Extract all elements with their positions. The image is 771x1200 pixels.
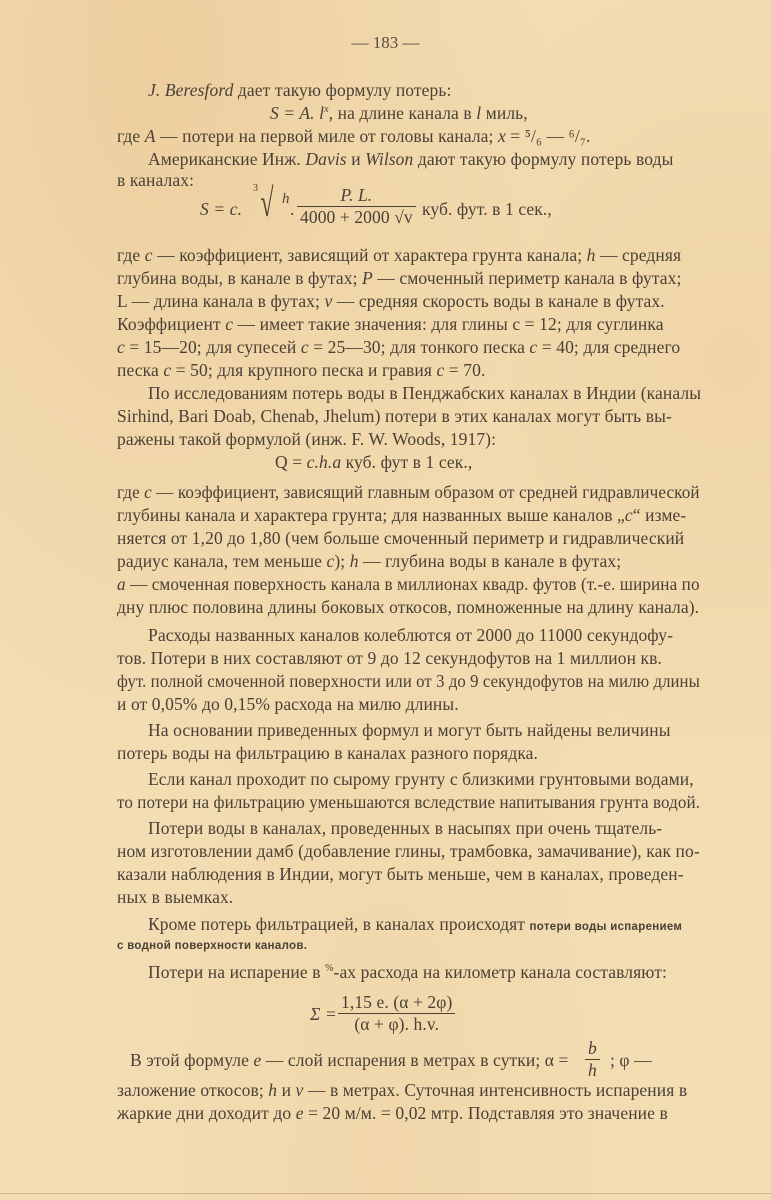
text: заложение откосов; (117, 1080, 268, 1100)
text: дает такую формулу потерь: (233, 80, 451, 100)
text-line: На основании приведенных формул и могут … (148, 720, 671, 741)
book-page: — 183 — J. Beresford дает такую формулу … (0, 0, 771, 1200)
text-line: тов. Потери в них составляют от 9 до 12 … (117, 648, 662, 669)
author-name: Davis (305, 149, 346, 169)
text: и (277, 1080, 295, 1100)
text-line: где c — коэффициент, зависящий от характ… (117, 245, 681, 266)
text-line: глубины канала и характера грунта; для н… (117, 505, 686, 526)
text: и (347, 149, 365, 169)
var: e (296, 1103, 304, 1123)
formula-lhs: S = c. (200, 199, 242, 220)
text: жаркие дни доходит до (117, 1103, 296, 1123)
text-line: Потери на испарение в %-ах расхода на ки… (148, 962, 667, 983)
text-line: и от 0,05% до 0,15% расхода на милю длин… (117, 694, 459, 715)
text-line: где c — коэффициент, зависящий главным о… (117, 482, 700, 503)
text-line: няется от 1,20 до 1,80 (чем больше смоче… (117, 528, 684, 549)
text: — в метрах. Суточная интенсивность испар… (303, 1080, 687, 1100)
var: a (117, 574, 126, 594)
text: — коэффициент, зависящий главным образом… (152, 482, 700, 502)
text-line: песка c = 50; для крупного песка и грави… (117, 360, 485, 381)
text: — потери на первой миле от головы канала… (156, 126, 498, 146)
text-line: жаркие дни доходит до e = 20 м/м. = 0,02… (117, 1103, 668, 1124)
formula-vars: c.h.a (307, 452, 342, 472)
text-line: то потери на фильтрацию уменьшаются всле… (117, 792, 700, 813)
text-line: где A — потери на первой миле от головы … (117, 126, 591, 147)
formula-beresford: S = A. lx, на длине канала в l миль, (270, 103, 528, 124)
text: ); (334, 551, 349, 571)
var: c (145, 245, 153, 265)
text: L — длина канала в футах; (117, 291, 324, 311)
var: h (587, 245, 596, 265)
var: c (225, 314, 233, 334)
unit: куб. фут в 1 сек., (341, 452, 472, 472)
text: где (117, 126, 145, 146)
text: — средняя (596, 245, 682, 265)
text-line: Если канал проходит по сырому грунту с б… (148, 769, 694, 790)
numerator: 1,15 e. (α + 2φ) (338, 992, 455, 1014)
text-line: фут. полной смоченной поверхности или от… (117, 671, 700, 692)
var: c (117, 337, 125, 357)
text-line: потерь воды на фильтрацию в каналах разн… (117, 743, 538, 764)
denominator: (α + φ). h.v. (338, 1014, 455, 1035)
var: c (301, 337, 309, 357)
numerator: P. L. (297, 185, 416, 207)
text: В этой формуле (130, 1050, 253, 1070)
page-number: — 183 — (0, 33, 771, 53)
text: песка (117, 360, 163, 380)
text-line: c = 15—20; для супесей c = 25—30; для то… (117, 337, 680, 358)
root-index: 3 (253, 183, 258, 194)
text-line: в каналах: (117, 170, 194, 191)
author-name: Wilson (365, 149, 413, 169)
var: h (268, 1080, 277, 1100)
text-line: ных в выемках. (117, 887, 233, 908)
text-line: J. Beresford дает такую формулу потерь: (148, 80, 451, 101)
text: — слой испарения в метрах в сутки; α = (261, 1050, 568, 1070)
emphasized-text: потери воды испарением (530, 921, 683, 933)
text-line: заложение откосов; h и v — в метрах. Сут… (117, 1080, 687, 1101)
text: глубина воды, в канале в футах; (117, 268, 362, 288)
text: — коэффициент, зависящий от характера гр… (153, 245, 587, 265)
fraction: 1,15 e. (α + 2φ) (α + φ). h.v. (338, 992, 455, 1035)
percent-sign: % (325, 963, 333, 974)
text-line: ном изготовлении дамб (добавление глины,… (117, 841, 700, 862)
text-line: Американские Инж. Davis и Wilson дают та… (148, 149, 673, 170)
text-line: дну плюс половина длины боковых откосов,… (117, 597, 699, 618)
denominator: 4000 + 2000 √v (297, 207, 416, 228)
author-name: J. Beresford (148, 80, 233, 100)
text: Потери на испарение в (148, 962, 325, 982)
text: -ах расхода на километр канала составляю… (334, 962, 667, 982)
dot: . (290, 199, 294, 220)
text: = 25—30; для тонкого песка (309, 337, 530, 357)
text-line: L — длина канала в футах; v — средняя ск… (117, 291, 665, 312)
root-sign: √ (260, 179, 273, 226)
numerator: b (585, 1038, 600, 1060)
var: A (145, 126, 156, 146)
var: c (625, 505, 633, 525)
text: радиус канала, тем меньше (117, 551, 327, 571)
text-line: глубина воды, в канале в футах; P — смоч… (117, 268, 682, 289)
text-line: Sirhind, Bari Doab, Chenab, Jhelum) поте… (117, 406, 672, 427)
unit: куб. фут. в 1 сек., (422, 199, 552, 220)
text: = 40; для среднего (537, 337, 680, 357)
text: — смоченная поверхность канала в миллион… (126, 574, 700, 594)
text: где (117, 245, 145, 265)
text: — глубина воды в канале в футах; (359, 551, 622, 571)
text: — имеет такие значения: для глины c = 12… (233, 314, 664, 334)
formula-woods: Q = c.h.a куб. фут в 1 сек., (275, 452, 472, 473)
text-line: казали наблюдения в Индии, могут быть ме… (117, 864, 684, 885)
text: — смоченный периметр канала в футах; (373, 268, 682, 288)
text: “ изме- (633, 505, 687, 525)
formula-text: S = c. (200, 199, 242, 219)
text: , на длине канала в (329, 103, 477, 123)
text: = 70. (444, 360, 485, 380)
formula-lhs: Σ = (310, 1004, 337, 1025)
text: Американские Инж. (148, 149, 305, 169)
text-line: По исследованиям потерь воды в Пенджабск… (148, 383, 701, 404)
text-group: В этой формуле e — слой испарения в метр… (130, 1050, 569, 1071)
text: Коэффициент (117, 314, 225, 334)
text: = 50; для крупного песка и гравия (171, 360, 436, 380)
text-line: Кроме потерь фильтрацией, в каналах прои… (148, 914, 682, 935)
emphasized-text: с водной поверхности каналов. (117, 940, 307, 952)
text-line: Потери воды в каналах, проведенных в нас… (148, 818, 662, 839)
fraction: P. L. 4000 + 2000 √v (297, 185, 416, 228)
var: c (144, 482, 152, 502)
text: = ⁵/₆ — ⁶/₇. (506, 126, 591, 146)
var: x (498, 126, 506, 146)
text: миль, (481, 103, 528, 123)
text-line: ражены такой формулой (инж. F. W. Woods,… (117, 429, 496, 450)
text: Кроме потерь фильтрацией, в каналах прои… (148, 914, 530, 934)
text: глубины канала и характера грунта; для н… (117, 505, 625, 525)
var: P (362, 268, 373, 288)
formula-text: S = A. l (270, 103, 324, 123)
denominator: h (585, 1060, 600, 1081)
fraction: b h (585, 1038, 600, 1081)
text: = 20 м/м. = 0,02 мтр. Подставляя это зна… (304, 1103, 668, 1123)
text: ; φ — (610, 1050, 652, 1071)
formula-text: Q = (275, 452, 307, 472)
text-line: радиус канала, тем меньше c); h — глубин… (117, 551, 621, 572)
text-line: Расходы названных каналов колеблются от … (148, 625, 673, 646)
text: дают такую формулу потерь воды (413, 149, 673, 169)
page-edge (0, 1193, 771, 1194)
text: — средняя скорость воды в канале в футах… (332, 291, 664, 311)
text-line: Коэффициент c — имеет такие значения: дл… (117, 314, 664, 335)
text: = 15—20; для супесей (125, 337, 301, 357)
var: h (350, 551, 359, 571)
text: где (117, 482, 144, 502)
radicand: h (282, 191, 290, 208)
text-line: a — смоченная поверхность канала в милли… (117, 574, 700, 595)
